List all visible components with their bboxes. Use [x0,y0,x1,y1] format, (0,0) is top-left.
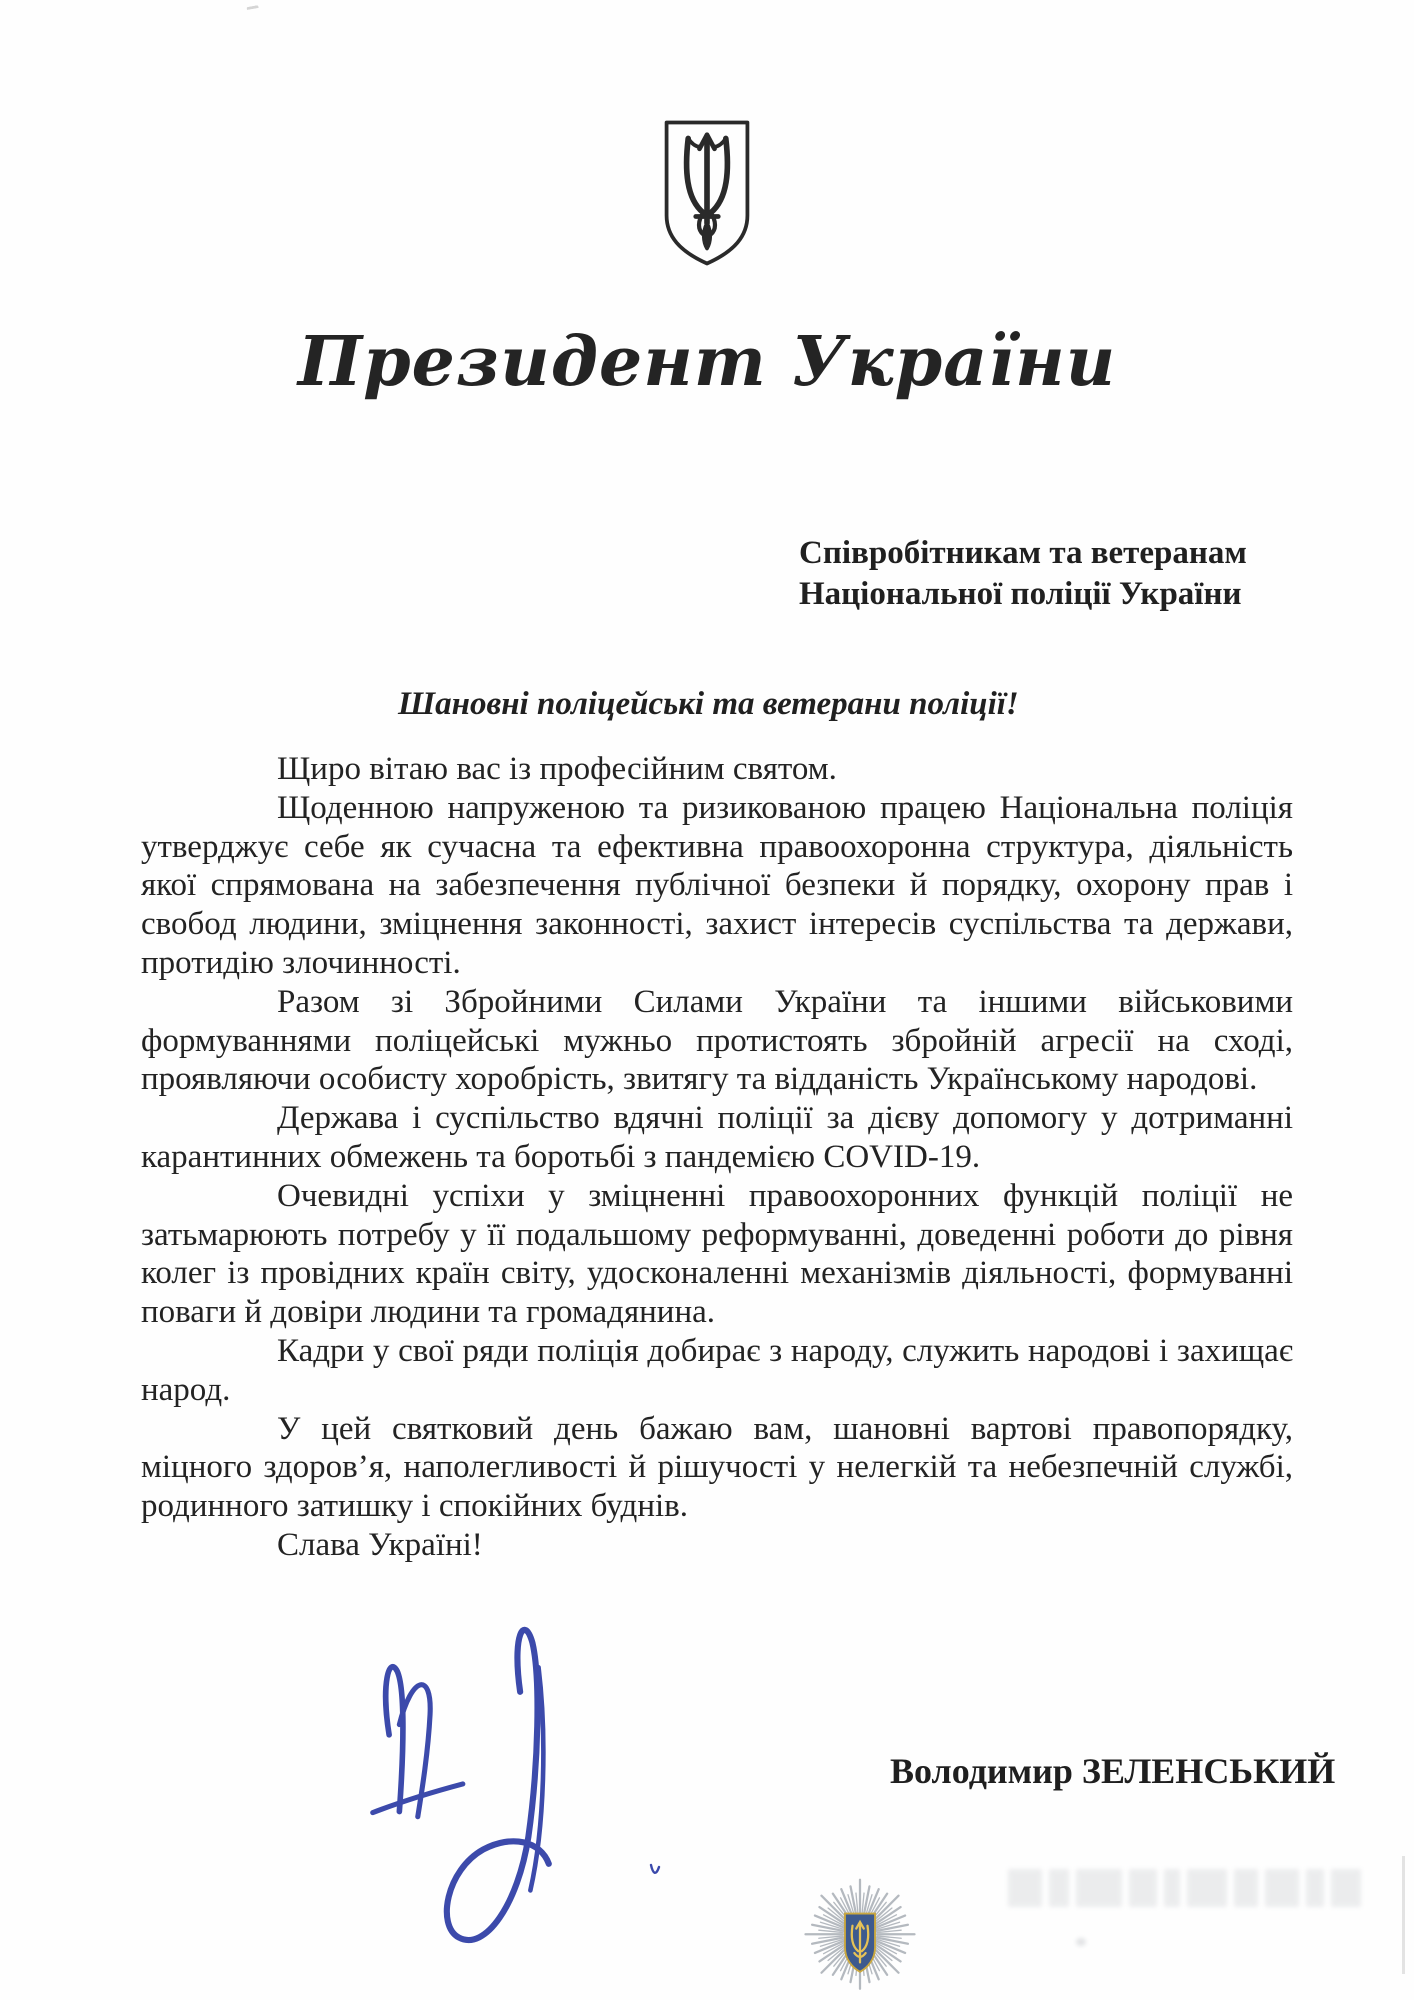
body-paragraph: Держава і суспільство вдячні поліції за … [141,1099,1293,1177]
body-paragraph: Кадри у свої ряди поліція добирає з наро… [141,1332,1293,1410]
ukraine-coat-of-arms-icon [660,116,754,270]
letter-page: Президент України Співробітникам та вете… [0,0,1414,2000]
body-paragraph: Щиро вітаю вас із професійним святом. [141,750,1293,789]
page-title: Президент України [157,322,1257,402]
faded-stamp-block [1008,1869,1042,1907]
faded-stamp-block [1164,1869,1180,1907]
faded-stamp-block [1234,1869,1258,1907]
body-paragraph: Очевидні успіхи у зміцненні правоохоронн… [141,1177,1293,1332]
addressee-block: Співробітникам та ветеранам Національної… [799,533,1279,615]
signer-name: Володимир ЗЕЛЕНСЬКИЙ [890,1750,1320,1792]
salutation: Шановні поліцейські та ветерани поліції! [398,686,1118,723]
police-badge-icon [800,1876,920,2000]
faded-stamp-marks [1008,1862,1344,1914]
faded-stamp-block [1049,1869,1069,1907]
scan-edge-line [1402,1856,1405,1974]
faded-stamp-block [1331,1869,1361,1907]
signature-icon [356,1612,586,1960]
addressee-line-1: Співробітникам та ветеранам [799,533,1279,574]
faded-stamp-block [1265,1869,1299,1907]
faded-stamp-block [1306,1869,1324,1907]
body-paragraph: Разом зі Збройними Силами України та інш… [141,983,1293,1099]
body-paragraph: Слава Україні! [141,1526,1293,1565]
faded-stamp-block [1187,1869,1227,1907]
scan-artifact-mark [246,5,259,15]
faded-stamp-block [1129,1869,1157,1907]
pen-mark-icon [648,1862,664,1880]
addressee-line-2: Національної поліції України [799,574,1279,615]
faded-stamp-dot [1076,1938,1086,1946]
body-paragraph: Щоденною напруженою та ризикованою праце… [141,789,1293,983]
faded-stamp-block [1076,1869,1122,1907]
body-paragraph: У цей святковий день бажаю вам, шановні … [141,1410,1293,1526]
letter-body: Щиро вітаю вас із професійним святом.Щод… [141,750,1293,1565]
